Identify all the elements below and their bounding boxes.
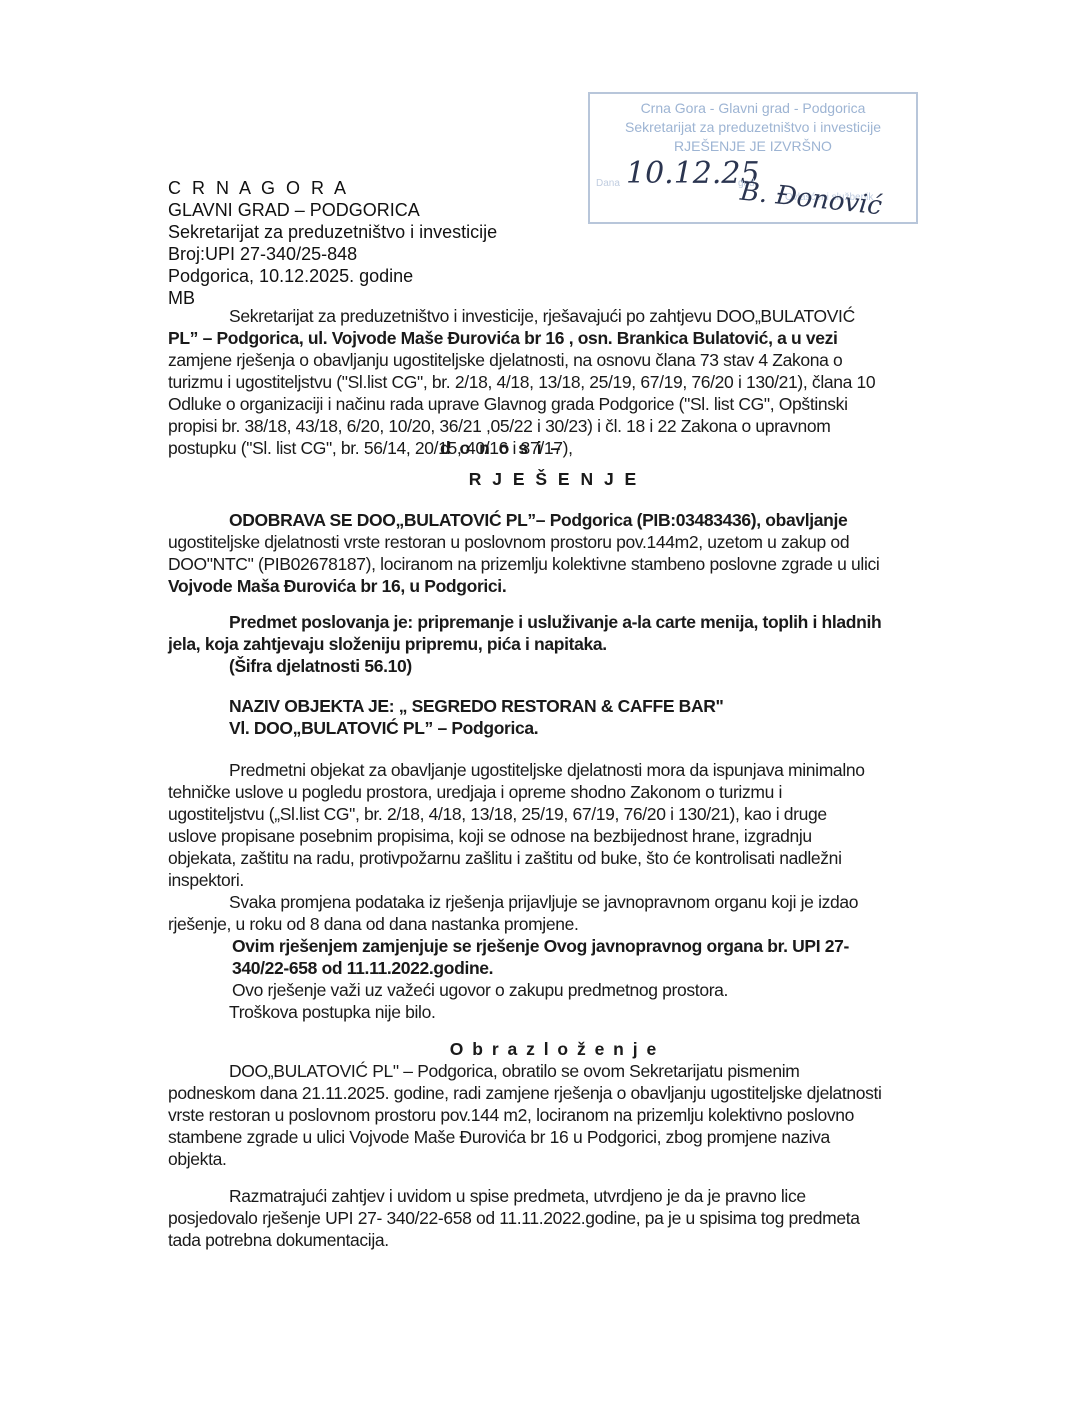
conditions-line: Predmetni objekat za obavljanje ugostite… [229, 760, 865, 780]
explanation-line: vrste restoran u poslovnom prostoru pov.… [168, 1105, 854, 1125]
replacement-line: 340/22-658 od 11.11.2022.godine. [232, 958, 493, 978]
header-city: GLAVNI GRAD – PODGORICA [168, 200, 420, 220]
explanation-line: podneskom dana 21.11.2025. godine, radi … [168, 1083, 882, 1103]
executable-stamp: Crna Gora - Glavni grad - Podgorica Sekr… [588, 92, 918, 224]
conditions-line: uslove propisane posebnim propisima, koj… [168, 826, 812, 846]
costs-line: Troškova postupka nije bilo. [229, 1002, 435, 1022]
header-number: Broj:UPI 27-340/25-848 [168, 244, 357, 264]
explanation-line: stambene zgrade u ulici Vojvode Maše Đur… [168, 1127, 830, 1147]
activity-code: (Šifra djelatnosti 56.10) [229, 656, 412, 676]
subject-line: Predmet poslovanja je: pripremanje i usl… [229, 612, 881, 632]
approval-line: DOO"NTC" (PIB02678187), lociranom na pri… [168, 554, 879, 574]
change-line: Svaka promjena podataka iz rješenja prij… [229, 892, 858, 912]
explanation-line: DOO„BULATOVIĆ PL" – Podgorica, obratilo … [229, 1061, 799, 1081]
stamp-line-2: Sekretarijat za preduzetništvo i investi… [590, 119, 916, 135]
header-place-date: Podgorica, 10.12.2025. godine [168, 266, 413, 286]
explanation-line: posjedovalo rješenje UPI 27- 340/22-658 … [168, 1208, 860, 1228]
object-owner: Vl. DOO„BULATOVIĆ PL” – Podgorica. [229, 718, 538, 738]
conditions-line: objekata, zaštitu na radu, protivpožarnu… [168, 848, 842, 868]
intro-line: Sekretarijat za preduzetništvo i investi… [229, 306, 855, 326]
header-initials: MB [168, 288, 195, 308]
signature: B. Đonović [739, 177, 884, 222]
approval-line: ODOBRAVA SE DOO„BULATOVIĆ PL”– Podgorica… [229, 510, 847, 530]
explanation-line: objekta. [168, 1149, 227, 1169]
intro-line: PL” – Podgorica, ul. Vojvode Maše Đurovi… [168, 328, 838, 348]
stamp-date-label: Dana [596, 178, 620, 189]
intro-line: turizmu i ugostiteljstvu ("Sl.list CG", … [168, 372, 875, 392]
intro-line: zamjene rješenja o obavljanju ugostitelj… [168, 350, 842, 370]
explanation-title: O b r a z l o ž e n j e [0, 1039, 1088, 1059]
validity-line: Ovo rješenje važi uz važeći ugovor o zak… [232, 980, 728, 1000]
intro-line: propisi br. 38/18, 43/18, 6/20, 10/20, 3… [168, 416, 830, 436]
explanation-line: tada potrebna dokumentacija. [168, 1230, 389, 1250]
header-country: C R N A G O R A [168, 178, 349, 198]
conditions-line: inspektori. [168, 870, 244, 890]
explanation-line: Razmatrajući zahtjev i uvidom u spise pr… [229, 1186, 806, 1206]
object-name: NAZIV OBJEKTA JE: „ SEGREDO RESTORAN & C… [229, 696, 723, 716]
replacement-line: Ovim rješenjem zamjenjuje se rješenje Ov… [232, 936, 849, 956]
intro-line: Odluke o organizaciji i načinu rada upra… [168, 394, 848, 414]
decision-title: R J E Š E N J E [0, 469, 1088, 489]
conditions-line: ugostiteljstvu („Sl.list CG", br. 2/18, … [168, 804, 827, 824]
intro-donosi: d o n o s i – [440, 438, 562, 458]
approval-line: ugostiteljske djelatnosti vrste restoran… [168, 532, 849, 552]
document-page: Crna Gora - Glavni grad - Podgorica Sekr… [0, 0, 1088, 1408]
subject-line: jela, koja zahtjevaju složeniju pripremu… [168, 634, 607, 654]
conditions-line: tehničke uslove u pogledu prostora, ured… [168, 782, 782, 802]
stamp-line-1: Crna Gora - Glavni grad - Podgorica [590, 100, 916, 116]
header-department: Sekretarijat za preduzetništvo i investi… [168, 222, 497, 242]
change-line: rješenje, u roku od 8 dana od dana nasta… [168, 914, 579, 934]
stamp-line-3: RJEŠENJE JE IZVRŠNO [590, 138, 916, 154]
approval-line: Vojvode Maša Đurovića br 16, u Podgorici… [168, 576, 506, 596]
